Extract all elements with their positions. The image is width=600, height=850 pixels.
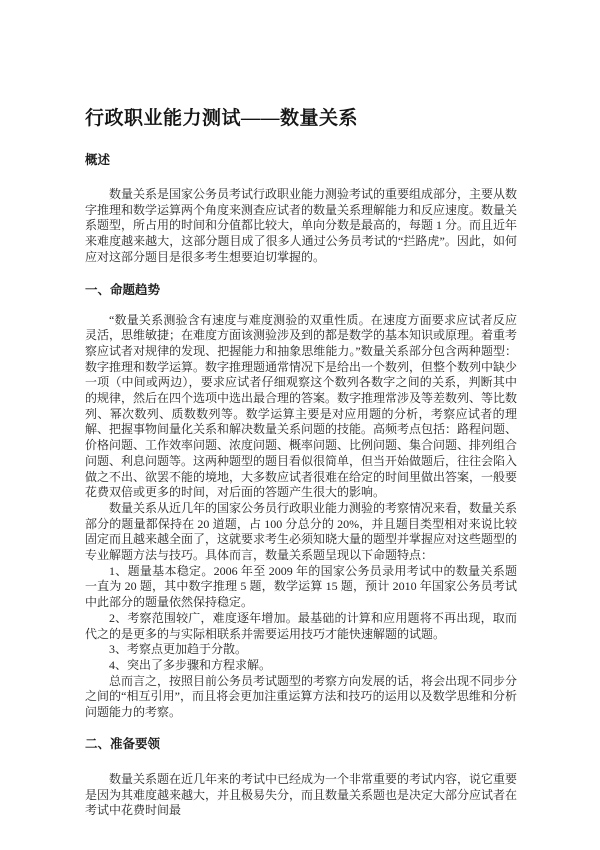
overview-paragraph: 数量关系是国家公务员考试行政职业能力测验考试的重要组成部分，主要从数字推理和数学… <box>85 187 517 266</box>
trend-paragraph-2: 数量关系从近几年的国家公务员行政职业能力测验的考察情况来看，数量关系部分的题量都… <box>85 501 517 564</box>
document-content: 行政职业能力测试——数量关系 概述 数量关系是国家公务员考试行政职业能力测验考试… <box>85 0 517 819</box>
preparation-heading: 二、准备要领 <box>85 737 517 751</box>
trend-list-item-2: 2、考察范围较广，难度逐年增加。最基础的计算和应用题将不再出现，取而代之的是更多… <box>85 611 517 642</box>
preparation-paragraph: 数量关系题在近几年来的考试中已经成为一个非常重要的考试内容，说它重要是因为其难度… <box>85 772 517 819</box>
document-page: 行政职业能力测试——数量关系 概述 数量关系是国家公务员考试行政职业能力测验考试… <box>0 0 600 850</box>
document-title: 行政职业能力测试——数量关系 <box>85 106 517 132</box>
trend-list-item-1: 1、题量基本稳定。2006 年至 2009 年的国家公务员录用考试中的数量关系题… <box>85 564 517 611</box>
trend-conclusion-paragraph: 总而言之，按照目前公务员考试题型的考察方向发展的话，将会出现不同步分之间的“相互… <box>85 674 517 721</box>
trend-list-item-3: 3、考察点更加趋于分散。 <box>85 642 517 658</box>
trend-paragraph-1: “数量关系测验含有速度与难度测验的双重性质。在速度方面要求应试者反应灵活，思维敏… <box>85 313 517 501</box>
overview-heading: 概述 <box>85 153 517 167</box>
trend-list-item-4: 4、突出了多步骤和方程求解。 <box>85 658 517 674</box>
trend-heading: 一、命题趋势 <box>85 283 517 297</box>
